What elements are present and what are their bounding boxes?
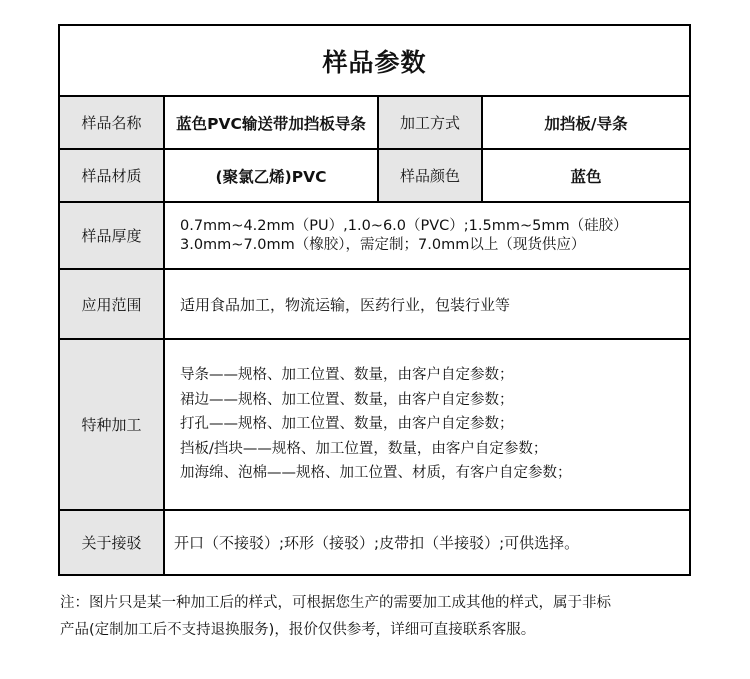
label-thickness: 样品厚度 [60,203,165,268]
label-color: 样品颜色 [377,150,483,201]
row-thickness: 样品厚度 0.7mm~4.2mm（PU）,1.0~6.0（PVC）;1.5mm~… [60,203,689,270]
footnote: 注：图片只是某一种加工后的样式，可根据您生产的需要加工成其他的样式，属于非标 产… [60,590,700,644]
footnote-line: 产品(定制加工后不支持退换服务)，报价仅供参考，详细可直接联系客服。 [60,617,700,644]
footnote-line: 注：图片只是某一种加工后的样式，可根据您生产的需要加工成其他的样式，属于非标 [60,590,700,617]
special-line: 打孔——规格、加工位置、数量，由客户自定参数； [180,412,514,437]
label-process-method: 加工方式 [377,97,483,148]
special-line: 挡板/挡块——规格、加工位置，数量，由客户自定参数； [180,437,547,462]
thickness-line: 3.0mm~7.0mm（橡胶），需定制；7.0mm以上（现货供应） [180,236,585,255]
row-special-processing: 特种加工 导条——规格、加工位置、数量，由客户自定参数； 裙边——规格、加工位置… [60,340,689,511]
value-thickness: 0.7mm~4.2mm（PU）,1.0~6.0（PVC）;1.5mm~5mm（硅… [165,203,689,268]
value-color: 蓝色 [483,150,689,201]
special-line: 导条——规格、加工位置、数量，由客户自定参数； [180,363,514,388]
table-title: 样品参数 [60,26,689,97]
spec-table: 样品参数 样品名称 蓝色PVC输送带加挡板导条 加工方式 加挡板/导条 样品材质… [58,24,691,576]
label-material: 样品材质 [60,150,165,201]
value-special-processing: 导条——规格、加工位置、数量，由客户自定参数； 裙边——规格、加工位置、数量，由… [165,340,689,509]
label-special-processing: 特种加工 [60,340,165,509]
label-sample-name: 样品名称 [60,97,165,148]
row-joint: 关于接驳 开口（不接驳）;环形（接驳）;皮带扣（半接驳）;可供选择。 [60,511,689,574]
row-material: 样品材质 (聚氯乙烯)PVC 样品颜色 蓝色 [60,150,689,203]
thickness-line: 0.7mm~4.2mm（PU）,1.0~6.0（PVC）;1.5mm~5mm（硅… [180,217,628,236]
row-application: 应用范围 适用食品加工，物流运输，医药行业，包装行业等 [60,270,689,340]
label-application: 应用范围 [60,270,165,338]
value-sample-name: 蓝色PVC输送带加挡板导条 [165,97,377,148]
row-sample-name: 样品名称 蓝色PVC输送带加挡板导条 加工方式 加挡板/导条 [60,97,689,150]
value-application: 适用食品加工，物流运输，医药行业，包装行业等 [165,270,689,338]
special-line: 裙边——规格、加工位置、数量，由客户自定参数； [180,388,514,413]
special-line: 加海绵、泡棉——规格、加工位置、材质，有客户自定参数； [180,461,572,486]
value-process-method: 加挡板/导条 [483,97,689,148]
value-material: (聚氯乙烯)PVC [165,150,377,201]
value-joint: 开口（不接驳）;环形（接驳）;皮带扣（半接驳）;可供选择。 [165,511,689,574]
label-joint: 关于接驳 [60,511,165,574]
